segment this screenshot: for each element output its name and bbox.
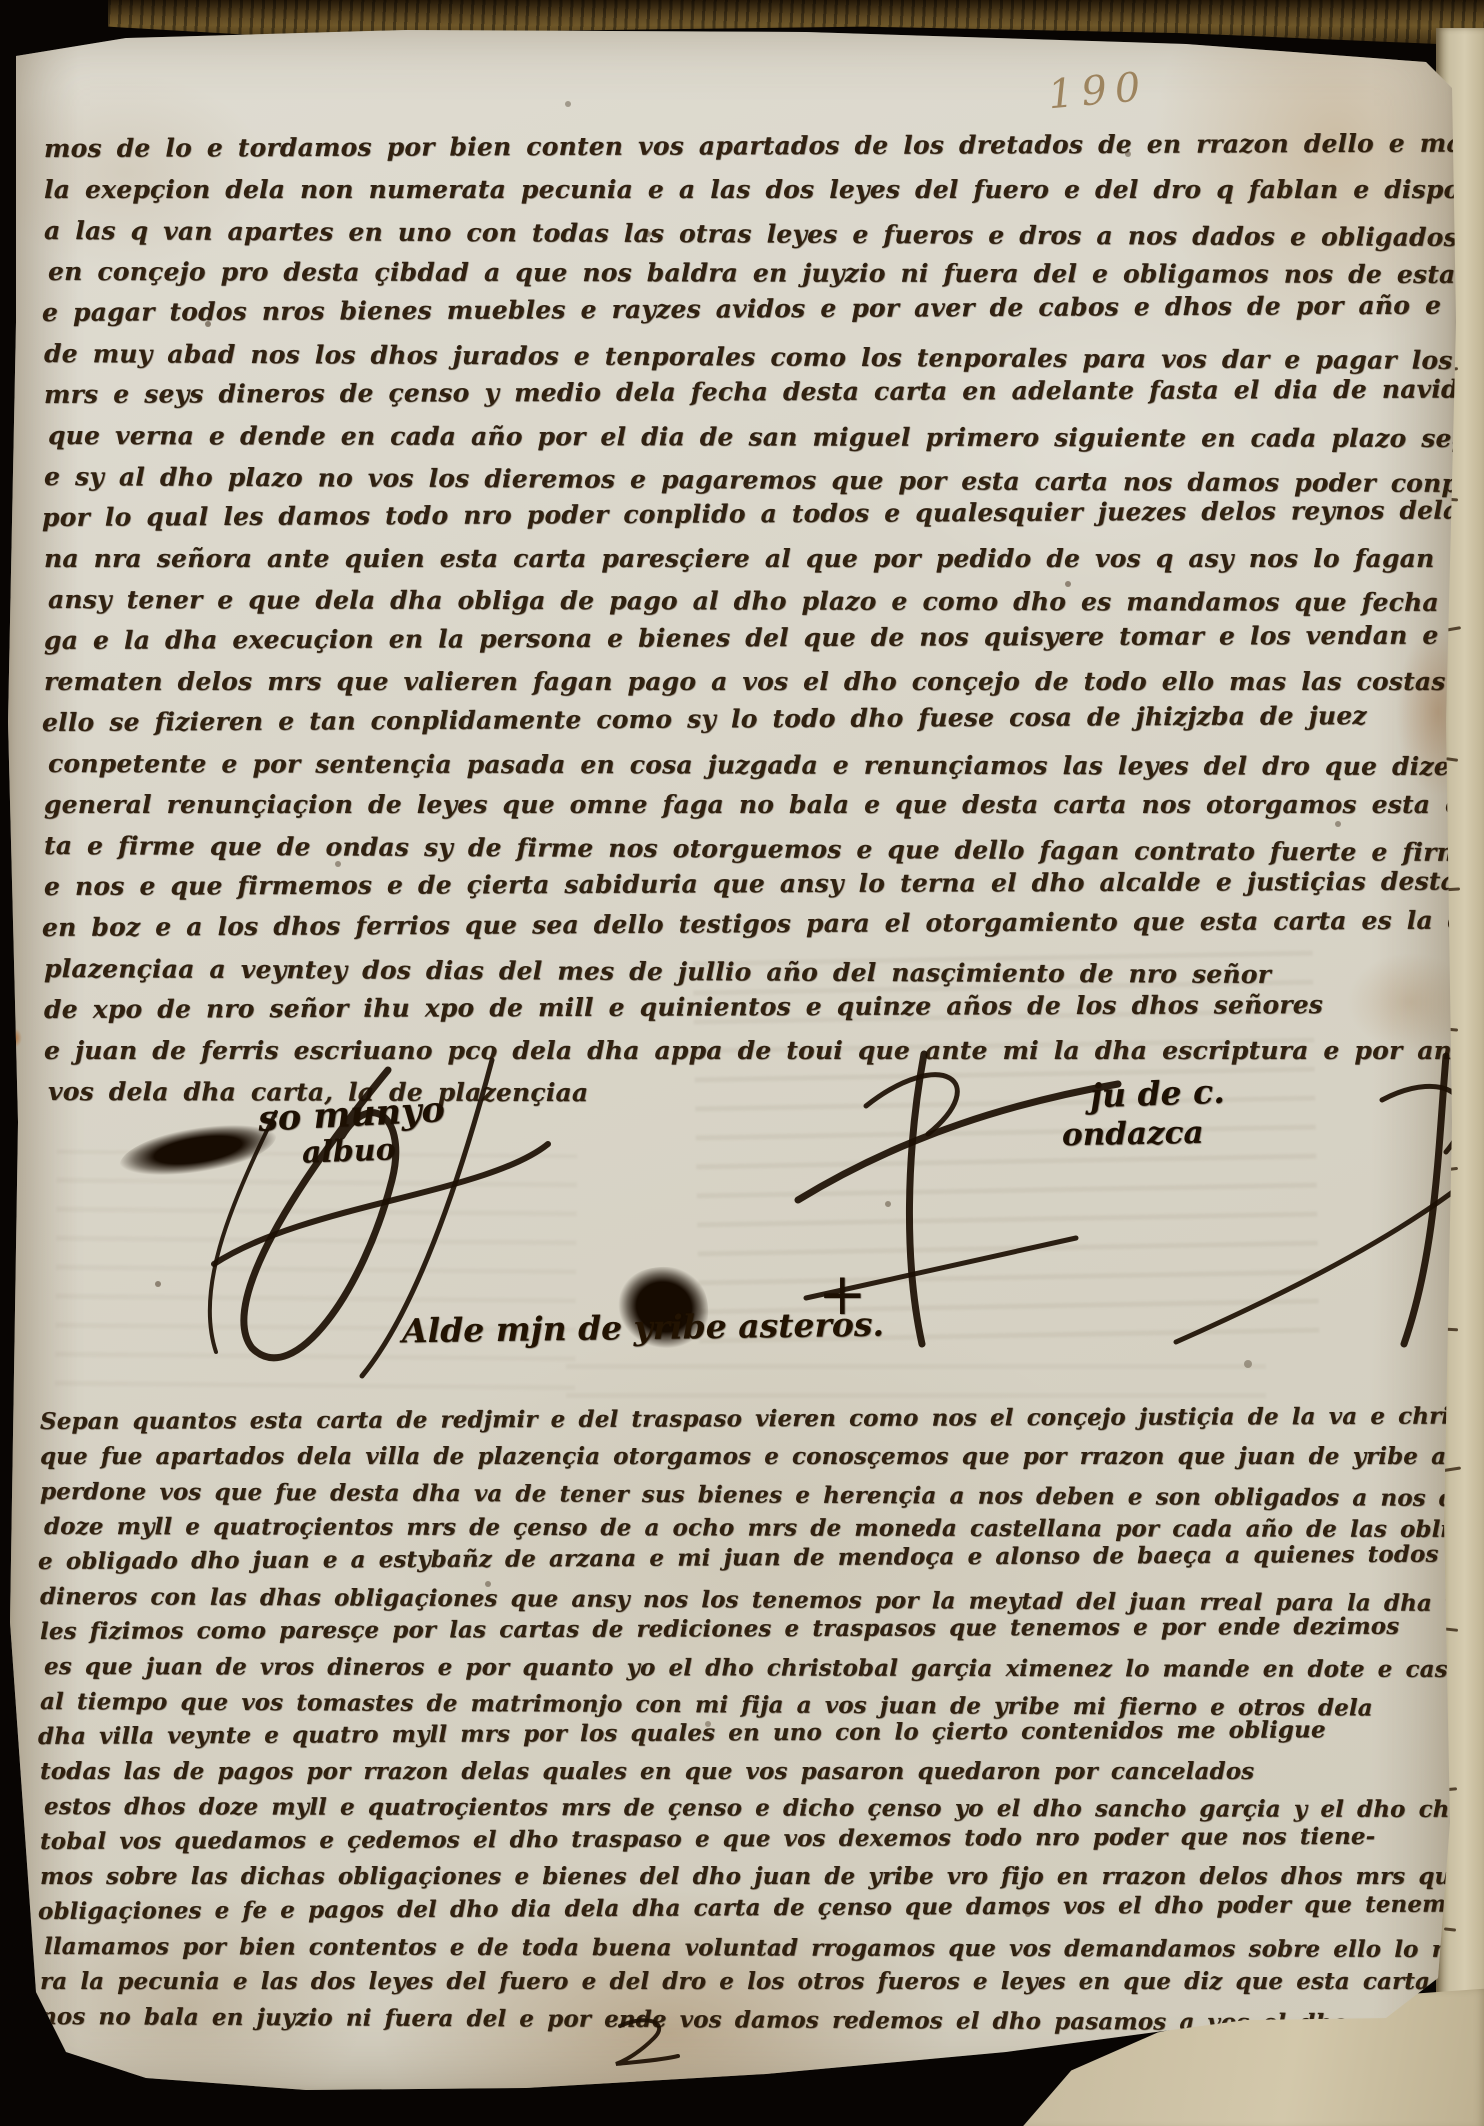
deed-text-block-upper: mos de lo e tordamos por bien conten vos… (44, 128, 1424, 1112)
manuscript-line: e obligado dho juan e a estybañz de arza… (38, 1537, 1418, 1579)
manuscript-line: general renunçiaçion de leyes que omne f… (44, 784, 1424, 825)
manuscript-line: ra la pecunia e las dos leyes del fuero … (40, 1964, 1420, 1999)
manuscript-line: dha villa veynte e quatro myll mrs por l… (38, 1712, 1418, 1754)
adjacent-page-line-fragment (1444, 1927, 1456, 1931)
manuscript-line: obligaçiones e fe e pagos del dho dia de… (38, 1887, 1418, 1929)
manuscript-line: tobal vos quedamos e çedemos el dho tras… (40, 1819, 1420, 1859)
manuscript-line: ga e la dha execuçion en la persona e bi… (44, 615, 1424, 661)
manuscript-photo: 190 mos de lo e tordamos por bien conten… (0, 0, 1484, 2126)
manuscript-line: por lo qual les damos todo nro poder con… (42, 490, 1422, 538)
deed-text-block-lower: Sepan quantos esta carta de redjmir e de… (40, 1404, 1420, 2034)
manuscript-line: es que juan de vros dineros e por quanto… (44, 1649, 1424, 1687)
folio-number: 190 (1046, 64, 1150, 119)
signature-left-name-2: albuo (301, 1132, 396, 1170)
signature-right-name: ju de c. (1089, 1072, 1225, 1116)
signature-right-name-2: ondazca (1062, 1115, 1204, 1153)
line-end-flourish (606, 2012, 686, 2072)
signature-caption: Alde mjn de yribe asteros. (402, 1305, 884, 1351)
manuscript-line: mrs e seys dineros de çenso y medio dela… (44, 369, 1424, 415)
manuscript-line: en boz e a los dhos ferrios que sea dell… (42, 900, 1422, 948)
manuscript-line: llamamos por bien contentos e de toda bu… (44, 1929, 1424, 1967)
manuscript-line: conpetente e por sentençia pasada en cos… (48, 743, 1428, 787)
manuscript-line: que verna e dende en cada año por el dia… (48, 415, 1428, 459)
manuscript-line: la exepçion dela non numerata pecunia e … (44, 169, 1424, 210)
manuscript-page: 190 mos de lo e tordamos por bien conten… (6, 22, 1458, 2094)
manuscript-line: de xpo de nro señor ihu xpo de mill e qu… (44, 984, 1424, 1030)
manuscript-line: ello se fizieren e tan conplidamente com… (42, 695, 1422, 743)
manuscript-line: les fizimos como paresçe por las cartas … (40, 1609, 1420, 1649)
rust-stain (6, 1028, 22, 1048)
manuscript-line: e pagar todos nros bienes muebles e rayz… (42, 285, 1422, 333)
manuscript-line: todas las de pagos por rrazon delas qual… (40, 1754, 1420, 1789)
manuscript-line: que fue apartados dela villa de plazençi… (40, 1439, 1420, 1474)
manuscript-line: na nra señora ante quien esta carta pare… (44, 538, 1424, 579)
ink-specks (6, 22, 10, 26)
manuscript-line: mos de lo e tordamos por bien conten vos… (44, 123, 1424, 169)
adjacent-page-line-fragment (1446, 757, 1458, 762)
manuscript-line: Sepan quantos esta carta de redjmir e de… (40, 1399, 1420, 1439)
